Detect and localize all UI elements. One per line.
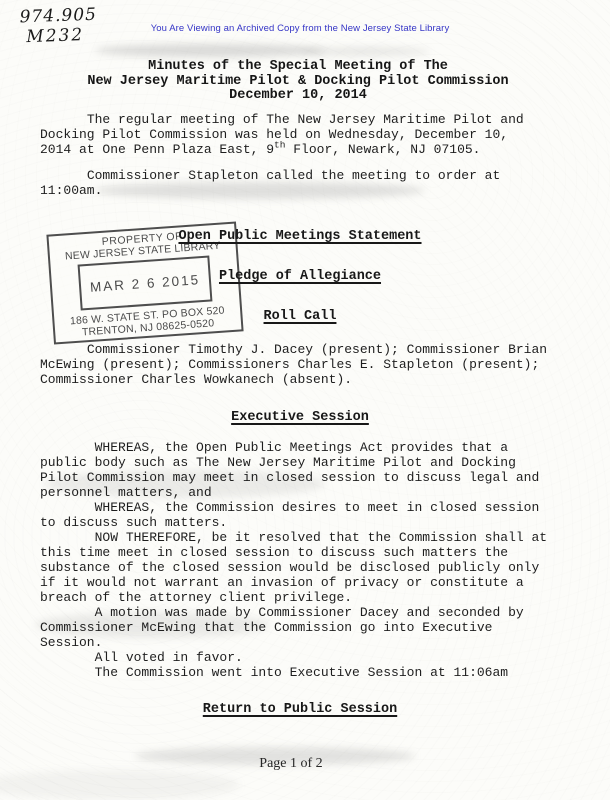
paragraph-roll-call: Commissioner Timothy J. Dacey (present);…	[40, 342, 547, 387]
paragraph-whereas-1: WHEREAS, the Open Public Meetings Act pr…	[40, 440, 547, 500]
scan-smudge	[300, 47, 430, 56]
paragraph-whereas-2: WHEREAS, the Commission desires to meet …	[40, 500, 547, 530]
heading-open-public-meetings: Open Public Meetings Statement	[0, 229, 600, 244]
heading-roll-call: Roll Call	[0, 309, 600, 324]
handwritten-call-number: 974.905 M232	[19, 5, 98, 48]
executive-session-section: WHEREAS, the Open Public Meetings Act pr…	[40, 440, 547, 680]
call-number-line2: M232	[26, 25, 98, 47]
heading-executive-session: Executive Session	[0, 410, 600, 425]
call-number-line1: 974.905	[19, 5, 97, 28]
scan-smudge	[95, 44, 325, 57]
paragraph-call-to-order: Commissioner Stapleton called the meetin…	[40, 168, 500, 198]
paragraph-motion: A motion was made by Commissioner Dacey …	[40, 605, 547, 650]
scan-smudge	[0, 770, 240, 800]
paragraph-vote: All voted in favor.	[40, 650, 547, 665]
document-title: Minutes of the Special Meeting of The Ne…	[0, 60, 596, 104]
paragraph-executive-entry: The Commission went into Executive Sessi…	[40, 665, 547, 680]
page-number-footer: Page 1 of 2	[0, 756, 582, 772]
paragraph-now-therefore: NOW THEREFORE, be it resolved that the C…	[40, 530, 547, 605]
heading-pledge-of-allegiance: Pledge of Allegiance	[0, 269, 600, 284]
intro-text-end: Floor, Newark, NJ 07105.	[285, 142, 480, 157]
ordinal-superscript: th	[274, 140, 285, 151]
scanned-document-page: You Are Viewing an Archived Copy from th…	[0, 0, 610, 800]
paragraph-intro: The regular meeting of The New Jersey Ma…	[40, 112, 524, 157]
heading-return-to-public-session: Return to Public Session	[0, 702, 600, 717]
